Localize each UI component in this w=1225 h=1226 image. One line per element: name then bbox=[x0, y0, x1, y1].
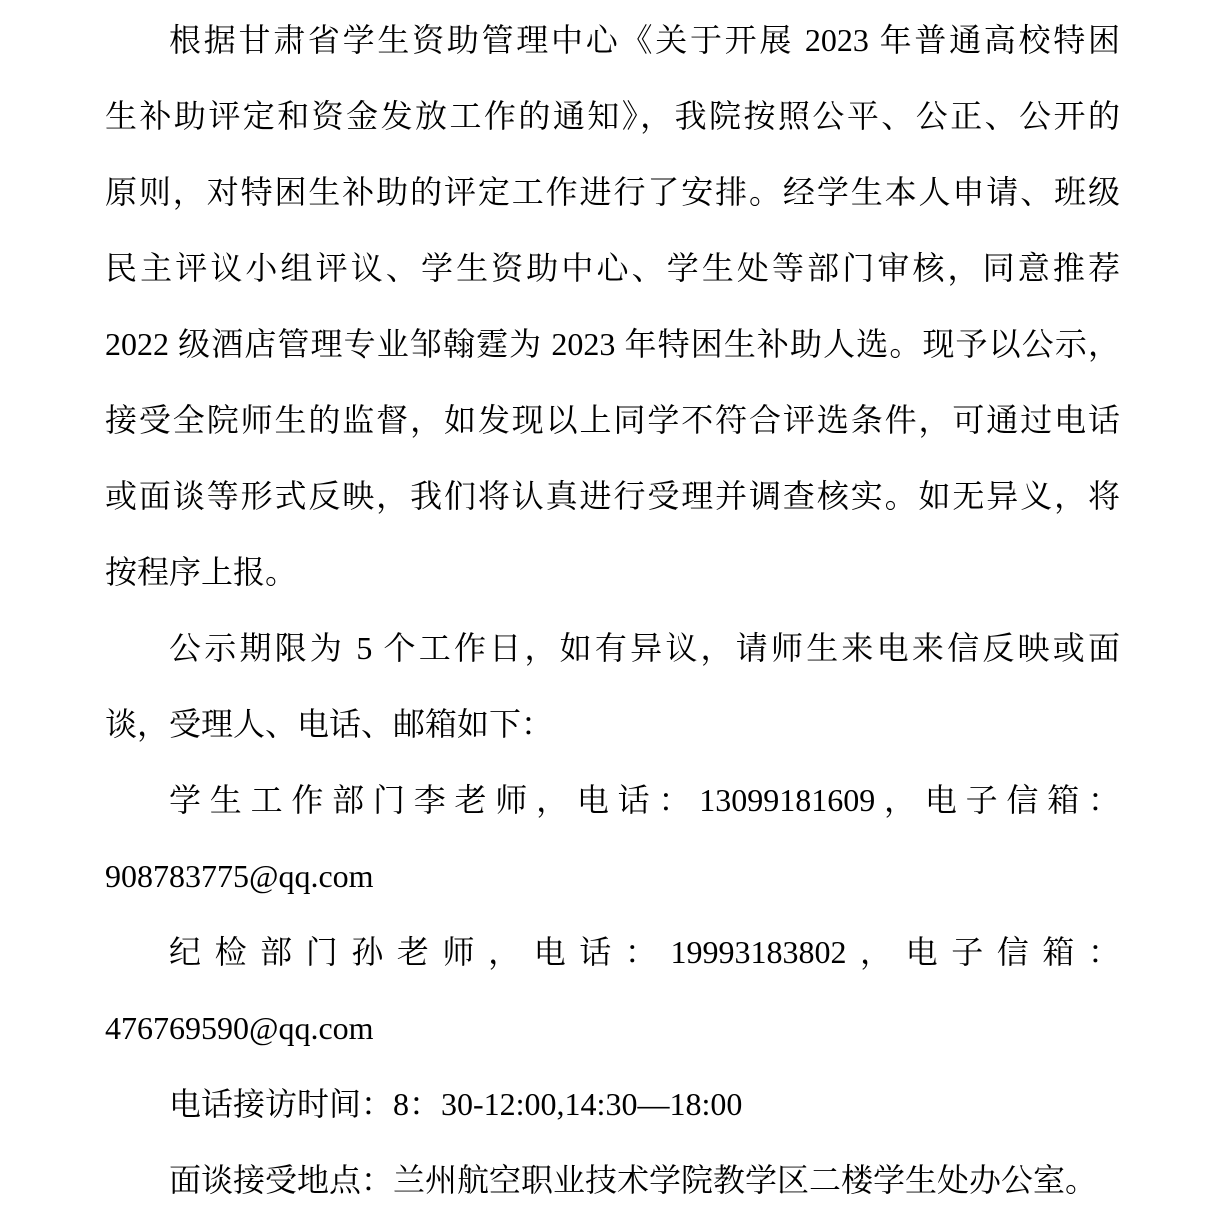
text-line: 面谈接受地点：兰州航空职业技术学院教学区二楼学生处办公室。 bbox=[105, 1142, 1120, 1218]
text-line: 或面谈等形式反映，我们将认真进行受理并调查核实。如无异义，将 bbox=[105, 458, 1120, 534]
text-line: 2022 级酒店管理专业邹翰霆为 2023 年特困生补助人选。现予以公示， bbox=[105, 306, 1120, 382]
text-line: 电话接访时间：8：30-12:00,14:30—18:00 bbox=[105, 1066, 1120, 1142]
notice-document: 根据甘肃省学生资助管理中心《关于开展 2023 年普通高校特困生补助评定和资金发… bbox=[0, 0, 1225, 1226]
text-line: 民主评议小组评议、学生资助中心、学生处等部门审核，同意推荐 bbox=[105, 230, 1120, 306]
text-line: 公示期限为 5 个工作日，如有异议，请师生来电来信反映或面 bbox=[105, 610, 1120, 686]
text-line: 谈，受理人、电话、邮箱如下： bbox=[105, 686, 1120, 762]
paragraph: 纪检部门孙老师，电话：19993183802，电子信箱：476769590@qq… bbox=[105, 914, 1120, 1066]
paragraph: 电话接访时间：8：30-12:00,14:30—18:00 bbox=[105, 1066, 1120, 1142]
paragraph: 学生工作部门李老师，电话：13099181609，电子信箱：908783775@… bbox=[105, 762, 1120, 914]
text-line: 生补助评定和资金发放工作的通知》，我院按照公平、公正、公开的 bbox=[105, 78, 1120, 154]
text-line: 476769590@qq.com bbox=[105, 990, 1120, 1066]
paragraph: 根据甘肃省学生资助管理中心《关于开展 2023 年普通高校特困生补助评定和资金发… bbox=[105, 2, 1120, 610]
paragraph: 面谈接受地点：兰州航空职业技术学院教学区二楼学生处办公室。 bbox=[105, 1142, 1120, 1218]
text-line: 按程序上报。 bbox=[105, 534, 1120, 610]
paragraph: 公示期限为 5 个工作日，如有异议，请师生来电来信反映或面谈，受理人、电话、邮箱… bbox=[105, 610, 1120, 762]
text-line: 接受全院师生的监督，如发现以上同学不符合评选条件，可通过电话 bbox=[105, 382, 1120, 458]
text-line: 纪检部门孙老师，电话：19993183802，电子信箱： bbox=[105, 914, 1120, 990]
text-line: 学生工作部门李老师，电话：13099181609，电子信箱： bbox=[105, 762, 1120, 838]
text-line: 根据甘肃省学生资助管理中心《关于开展 2023 年普通高校特困 bbox=[105, 2, 1120, 78]
text-line: 908783775@qq.com bbox=[105, 838, 1120, 914]
document-body: 根据甘肃省学生资助管理中心《关于开展 2023 年普通高校特困生补助评定和资金发… bbox=[105, 2, 1120, 1218]
text-line: 原则，对特困生补助的评定工作进行了安排。经学生本人申请、班级 bbox=[105, 154, 1120, 230]
